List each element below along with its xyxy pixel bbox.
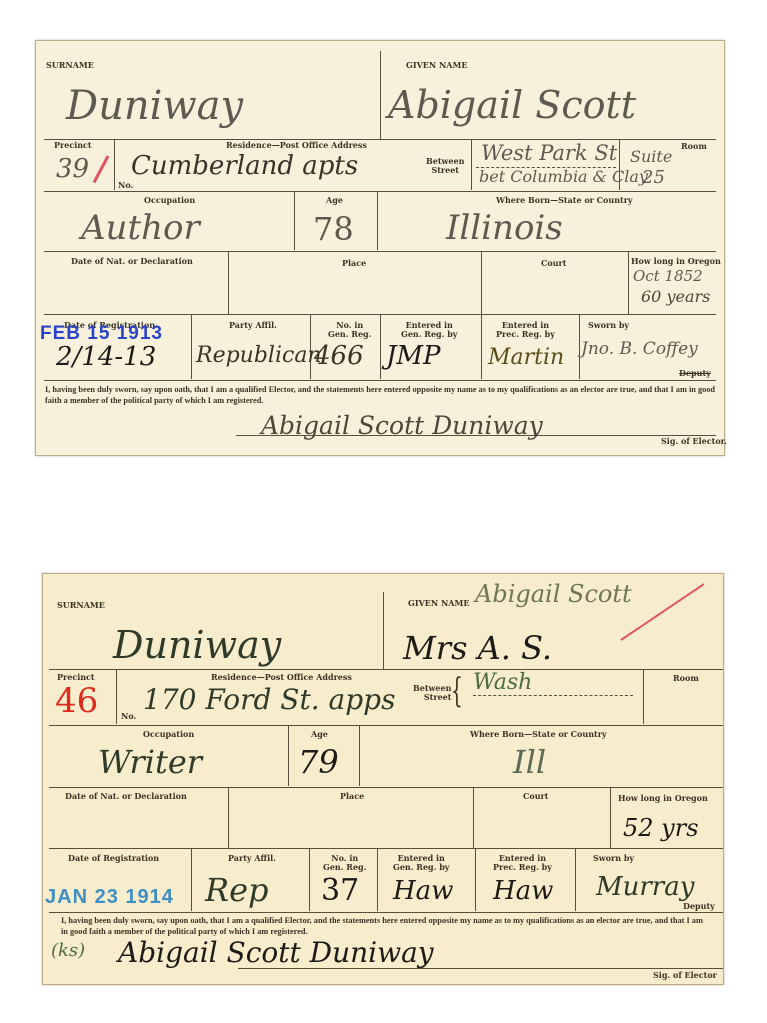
divider	[481, 252, 482, 314]
label-deputy: Deputy	[683, 902, 715, 911]
label-entered-prec: Entered in Prec. Reg. by	[493, 854, 552, 872]
label-deputy: Deputy	[679, 369, 711, 378]
label-no-gen-reg: No. in Gen. Reg.	[323, 854, 366, 872]
divider	[228, 252, 229, 314]
how-long-value-1: Oct 1852	[633, 269, 703, 284]
oath-text: I, having been duly sworn, say upon oath…	[45, 384, 717, 406]
label-entered-prec: Entered in Prec. Reg. by	[496, 321, 555, 339]
how-long-value: 52 yrs	[623, 816, 699, 840]
sworn-by-value: Jno. B. Coffey	[581, 341, 698, 358]
divider	[628, 252, 629, 314]
oath-text: I, having been duly sworn, say upon oath…	[61, 915, 711, 937]
no-gen-reg-value: 37	[321, 876, 359, 906]
divider	[383, 592, 384, 670]
occupation-value: Writer	[98, 746, 202, 778]
divider	[44, 380, 716, 381]
divider	[475, 849, 476, 911]
divider	[114, 140, 115, 190]
given-name-value: Abigail Scott	[388, 86, 636, 124]
divider	[191, 315, 192, 379]
address-value: 170 Ford St. apps	[143, 686, 395, 714]
label-court: Court	[541, 259, 566, 268]
label-occupation: Occupation	[144, 196, 195, 205]
party-value: Republican	[196, 345, 322, 367]
label-occupation: Occupation	[143, 730, 194, 739]
divider	[380, 51, 381, 139]
divider	[44, 251, 716, 252]
label-where-born: Where Born—State or Country	[470, 730, 607, 739]
divider	[44, 191, 716, 192]
label-sworn-by: Sworn by	[593, 854, 634, 863]
label-how-long: How long in Oregon	[631, 257, 721, 266]
divider	[377, 849, 378, 911]
divider	[380, 315, 381, 379]
room-value-2: 25	[642, 169, 665, 187]
label-surname: SURNAME	[46, 61, 94, 70]
label-room: Room	[681, 142, 707, 151]
divider	[309, 849, 310, 911]
occupation-value: Author	[81, 211, 200, 245]
room-value-1: Suite	[630, 149, 672, 165]
precinct-value: 46	[55, 684, 98, 718]
label-age: Age	[326, 196, 343, 205]
divider	[191, 849, 192, 911]
divider	[49, 787, 723, 788]
label-how-long: How long in Oregon	[618, 794, 708, 803]
dotted-line	[473, 695, 633, 696]
divider	[44, 139, 716, 140]
registration-stamp: JAN 23 1914	[45, 886, 174, 909]
given-name-value: Mrs A. S.	[403, 632, 552, 664]
date-reg-value: 2/14-13	[56, 344, 156, 370]
label-no: No.	[121, 712, 136, 721]
divider	[228, 788, 229, 848]
initials-annotation: (ks)	[51, 942, 85, 960]
divider	[481, 315, 482, 379]
divider	[359, 726, 360, 786]
label-party: Party Affil.	[228, 854, 276, 863]
elector-signature: Abigail Scott Duniway	[118, 939, 434, 967]
between-street-value: Wash	[473, 672, 532, 694]
party-value: Rep	[205, 874, 269, 906]
no-gen-reg-value: 466	[314, 343, 364, 369]
surname-value: Duniway	[66, 86, 243, 126]
label-between-street: Between Street	[426, 157, 464, 175]
between-street-value-2: bet Columbia & Clay	[479, 169, 648, 185]
divider	[643, 670, 644, 724]
surname-value: Duniway	[113, 626, 281, 664]
label-where-born: Where Born—State or Country	[496, 196, 633, 205]
entered-prec-value: Martin	[488, 347, 564, 369]
label-residence: Residence—Post Office Address	[226, 141, 367, 150]
label-place: Place	[342, 259, 366, 268]
red-arrow	[620, 583, 704, 641]
entered-prec-value: Haw	[493, 878, 553, 904]
label-signature: Sig. of Elector	[653, 971, 717, 980]
age-value: 79	[298, 746, 339, 778]
label-between-street: Between Street	[413, 684, 451, 702]
divider	[575, 849, 576, 911]
label-residence: Residence—Post Office Address	[211, 673, 352, 682]
given-name-annotation: Abigail Scott	[475, 582, 632, 606]
label-given-name: GIVEN NAME	[408, 599, 469, 608]
divider	[49, 669, 723, 670]
age-value: 78	[313, 213, 354, 245]
label-entered-gen: Entered in Gen. Reg. by	[393, 854, 449, 872]
label-age: Age	[311, 730, 328, 739]
divider	[377, 192, 378, 250]
divider	[473, 788, 474, 848]
divider	[49, 725, 723, 726]
sworn-by-value: Murray	[596, 874, 694, 900]
entered-gen-value: Haw	[393, 878, 453, 904]
label-date-nat: Date of Nat. or Declaration	[71, 257, 193, 266]
label-court: Court	[523, 792, 548, 801]
how-long-value-2: 60 years	[641, 289, 710, 305]
label-precinct: Precinct	[54, 141, 92, 150]
divider	[116, 670, 117, 724]
divider	[579, 315, 580, 379]
where-born-value: Illinois	[446, 211, 563, 245]
divider	[49, 848, 723, 849]
label-no-gen-reg: No. in Gen. Reg.	[328, 321, 371, 339]
between-street-value-1: West Park St	[481, 143, 617, 164]
divider	[471, 140, 472, 190]
label-date-reg: Date of Registration	[68, 854, 159, 863]
divider	[294, 192, 295, 250]
elector-signature: Abigail Scott Duniway	[261, 413, 543, 438]
precinct-value: 39	[56, 156, 89, 182]
label-entered-gen: Entered in Gen. Reg. by	[401, 321, 457, 339]
label-place: Place	[340, 792, 364, 801]
red-check-mark	[93, 155, 110, 183]
where-born-value: Ill	[513, 746, 546, 778]
label-given-name: GIVEN NAME	[406, 61, 467, 70]
divider	[288, 726, 289, 786]
label-signature: Sig. of Elector.	[661, 437, 727, 446]
label-party: Party Affil.	[229, 321, 277, 330]
label-date-nat: Date of Nat. or Declaration	[65, 792, 187, 801]
voter-registration-card-1914: SURNAME GIVEN NAME Precinct Residence—Po…	[42, 573, 724, 985]
divider	[49, 912, 723, 913]
label-no: No.	[118, 181, 133, 190]
label-room: Room	[673, 674, 699, 683]
entered-gen-value: JMP	[386, 343, 441, 369]
address-value: Cumberland apts	[131, 153, 358, 179]
label-surname: SURNAME	[57, 601, 105, 610]
divider	[610, 788, 611, 848]
label-sworn-by: Sworn by	[588, 321, 629, 330]
voter-registration-card-1913: SURNAME GIVEN NAME Precinct Residence—Po…	[35, 40, 725, 456]
brace: {	[451, 674, 463, 708]
